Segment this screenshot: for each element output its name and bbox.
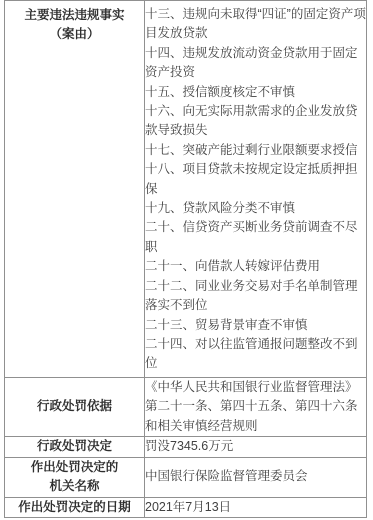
violation-fact-item: 二十、信贷资产买断业务贷前调查不尽职	[145, 218, 366, 257]
violation-fact-item: 十九、贷款风险分类不审慎	[145, 199, 366, 218]
violation-fact-item: 十三、违规向未取得“四证”的固定资产项目发放贷款	[145, 5, 366, 44]
violation-facts-label: 主要违法违规事实 （案由）	[5, 1, 145, 378]
violation-fact-item: 二十一、向借款人转嫁评估费用	[145, 257, 366, 276]
row-penalty-decision: 行政处罚决定 罚没7345.6万元	[5, 437, 367, 457]
penalty-basis-label: 行政处罚依据	[5, 378, 145, 437]
violation-fact-item: 二十四、对以往监管通报问题整改不到位	[145, 335, 366, 374]
penalty-basis-value: 《中华人民共和国银行业监督管理法》第二十一条、第四十五条、第四十六条和相关审慎经…	[145, 378, 367, 437]
decision-date-value: 2021年7月13日	[145, 497, 367, 517]
violation-fact-item: 十五、授信额度核定不审慎	[145, 83, 366, 102]
penalty-decision-value: 罚没7345.6万元	[145, 437, 367, 457]
violation-fact-item: 二十三、贸易背景审查不审慎	[145, 316, 366, 335]
violation-fact-item: 十四、违规发放流动资金贷款用于固定资产投资	[145, 44, 366, 83]
deciding-agency-label-line2: 机关名称	[5, 477, 144, 496]
penalty-decision-label: 行政处罚决定	[5, 437, 145, 457]
violation-fact-item: 二十二、同业业务交易对手名单制管理落实不到位	[145, 277, 366, 316]
penalty-document-page: 主要违法违规事实 （案由） 十三、违规向未取得“四证”的固定资产项目发放贷款 十…	[0, 0, 373, 520]
deciding-agency-label: 作出处罚决定的 机关名称	[5, 457, 145, 497]
penalty-info-table: 主要违法违规事实 （案由） 十三、违规向未取得“四证”的固定资产项目发放贷款 十…	[4, 0, 367, 518]
violation-facts-label-line2: （案由）	[5, 25, 144, 44]
violation-fact-item: 十八、项目贷款未按规定设定抵质押担保	[145, 160, 366, 199]
row-violation-facts: 主要违法违规事实 （案由） 十三、违规向未取得“四证”的固定资产项目发放贷款 十…	[5, 1, 367, 378]
row-deciding-agency: 作出处罚决定的 机关名称 中国银行保险监督管理委员会	[5, 457, 367, 497]
violation-fact-item: 十六、向无实际用款需求的企业发放贷款导致损失	[145, 102, 366, 141]
row-penalty-basis: 行政处罚依据 《中华人民共和国银行业监督管理法》第二十一条、第四十五条、第四十六…	[5, 378, 367, 437]
violation-facts-label-line1: 主要违法违规事实	[5, 6, 144, 25]
deciding-agency-label-line1: 作出处罚决定的	[5, 458, 144, 477]
deciding-agency-value: 中国银行保险监督管理委员会	[145, 457, 367, 497]
violation-facts-list: 十三、违规向未取得“四证”的固定资产项目发放贷款 十四、违规发放流动资金贷款用于…	[145, 1, 367, 378]
row-decision-date: 作出处罚决定的日期 2021年7月13日	[5, 497, 367, 517]
violation-fact-item: 十七、突破产能过剩行业限额要求授信	[145, 141, 366, 160]
decision-date-label: 作出处罚决定的日期	[5, 497, 145, 517]
